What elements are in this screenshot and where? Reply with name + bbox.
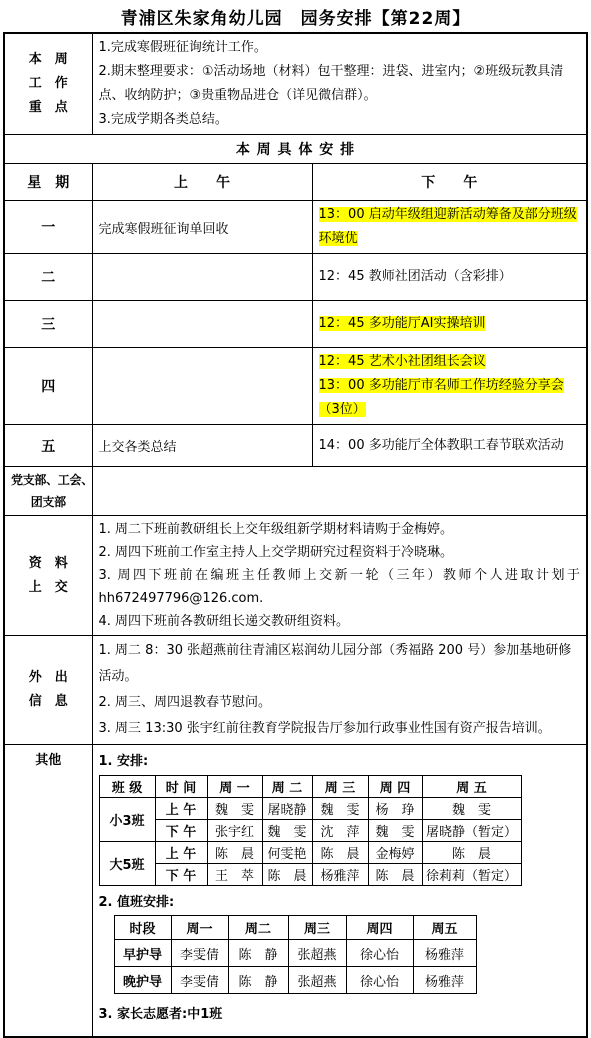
header-fri: 周五	[413, 916, 476, 940]
table-row: 早护导 李雯倩 陈 静 张超燕 徐心怡 杨雅萍	[114, 940, 476, 967]
table-row: 晚护导 李雯倩 陈 静 张超燕 徐心怡 杨雅萍	[114, 967, 476, 994]
header-wed: 周三	[288, 916, 346, 940]
day-label: 三	[4, 301, 92, 348]
teacher-name: 陈 晨	[422, 842, 521, 864]
volunteer-section-title: 3. 家长志愿者:中1班	[99, 1006, 581, 1024]
header-mon: 周 一	[207, 776, 262, 798]
party-label-line: 党支部、工会、	[11, 469, 86, 491]
focus-item: 2.期末整理要求：①活动场地（材料）包干整理：进袋、进室内；②班级玩教具清点、收…	[99, 60, 581, 108]
class-group-label: 大5班	[99, 842, 155, 886]
table-row: 下 午 王 萃 陈 晨 杨雅萍 陈 晨 徐莉莉（暂定）	[99, 864, 521, 886]
teacher-name: 徐心怡	[346, 940, 413, 967]
table-row: 小3班 上 午 魏 雯 屠晓静 魏 雯 杨 琤 魏 雯	[99, 798, 521, 820]
duty-period-label: 晚护导	[114, 967, 171, 994]
pm-entry: 12：45 多功能厅AI实操培训	[319, 312, 581, 336]
other-row: 其他 1. 安排: 班 级 时 间 周 一 周 二 周 三 周 四 周 五	[4, 745, 587, 1037]
col-header-day: 星 期	[4, 164, 92, 201]
teacher-name: 魏 雯	[368, 820, 422, 842]
teacher-name: 张宇红	[207, 820, 262, 842]
teacher-name: 陈 晨	[262, 864, 312, 886]
focus-label-cell: 本 周 工 作 重 点	[4, 33, 92, 135]
pm-entry: 12：45 艺术小社团组长会议	[319, 350, 581, 374]
class-group-label: 小3班	[99, 798, 155, 842]
teacher-name: 王 萃	[207, 864, 262, 886]
materials-label-line: 上 交	[11, 576, 86, 600]
teacher-name: 何雯艳	[262, 842, 312, 864]
day-label: 四	[4, 348, 92, 425]
teacher-name: 魏 雯	[262, 820, 312, 842]
materials-item: 4. 周四下班前各教研组长递交教研组资料。	[99, 610, 581, 633]
header-tue: 周 二	[262, 776, 312, 798]
duty-roster-table: 时段 周一 周二 周三 周四 周五 早护导 李雯倩 陈 静 张超燕 徐心怡 杨雅…	[114, 915, 477, 994]
am-cell	[92, 301, 312, 348]
pm-text: 14：00 多功能厅全体教职工春节联欢活动	[319, 438, 564, 453]
teacher-name: 陈 静	[228, 967, 288, 994]
pm-entry: 13：00 多功能厅市名师工作坊经验分享会（3位）	[319, 374, 581, 422]
pm-cell: 13：00 启动年级组迎新活动筹备及部分班级环境优	[312, 201, 587, 254]
pm-text: 12：45 教师社团活动（含彩排）	[319, 269, 512, 284]
teacher-name: 屠晓静	[262, 798, 312, 820]
day-label: 五	[4, 425, 92, 467]
schedule-row-thu: 四 12：45 艺术小社团组长会议 13：00 多功能厅市名师工作坊经验分享会（…	[4, 348, 587, 425]
party-content-cell	[92, 467, 587, 516]
schedule-row-fri: 五 上交各类总结 14：00 多功能厅全体教职工春节联欢活动	[4, 425, 587, 467]
am-cell: 完成寒假班征询单回收	[92, 201, 312, 254]
class-table-header-row: 班 级 时 间 周 一 周 二 周 三 周 四 周 五	[99, 776, 521, 798]
schedule-header-row: 星 期 上 午 下 午	[4, 164, 587, 201]
header-fri: 周 五	[422, 776, 521, 798]
pm-cell: 12：45 艺术小社团组长会议 13：00 多功能厅市名师工作坊经验分享会（3位…	[312, 348, 587, 425]
time-slot-label: 上 午	[155, 798, 207, 820]
pm-entry: 14：00 多功能厅全体教职工春节联欢活动	[319, 434, 581, 458]
col-header-am: 上 午	[92, 164, 312, 201]
focus-row: 本 周 工 作 重 点 1.完成寒假班征询统计工作。 2.期末整理要求：①活动场…	[4, 33, 587, 135]
page-title: 青浦区朱家角幼儿园 园务安排【第22周】	[0, 0, 591, 32]
highlighted-text: 12：45 多功能厅AI实操培训	[319, 316, 486, 331]
party-label-cell: 党支部、工会、 团支部	[4, 467, 92, 516]
header-mon: 周一	[171, 916, 228, 940]
highlighted-text: 13：00 多功能厅市名师工作坊经验分享会（3位）	[319, 378, 564, 417]
focus-content-cell: 1.完成寒假班征询统计工作。 2.期末整理要求：①活动场地（材料）包干整理：进袋…	[92, 33, 587, 135]
teacher-name: 徐莉莉（暂定）	[422, 864, 521, 886]
day-label: 一	[4, 201, 92, 254]
header-time: 时 间	[155, 776, 207, 798]
materials-label-cell: 资 料 上 交	[4, 516, 92, 636]
schedule-row-wed: 三 12：45 多功能厅AI实操培训	[4, 301, 587, 348]
am-text: 完成寒假班征询单回收	[99, 222, 229, 237]
am-cell	[92, 254, 312, 301]
teacher-name: 李雯倩	[171, 940, 228, 967]
outing-item: 1. 周二 8：30 张超燕前往青浦区崧润幼儿园分部（秀福路 200 号）参加基…	[99, 638, 581, 690]
focus-label-line: 工 作	[11, 72, 86, 96]
outing-item: 2. 周三、周四退教春节慰问。	[99, 690, 581, 716]
time-slot-label: 下 午	[155, 864, 207, 886]
teacher-name: 杨雅萍	[312, 864, 368, 886]
outing-content-cell: 1. 周二 8：30 张超燕前往青浦区崧润幼儿园分部（秀福路 200 号）参加基…	[92, 636, 587, 745]
week-detail-header-row: 本 周 具 体 安 排	[4, 135, 587, 164]
teacher-name: 张超燕	[288, 940, 346, 967]
other-label: 其他	[35, 753, 61, 768]
outing-label-cell: 外 出 信 息	[4, 636, 92, 745]
pm-entry: 12：45 教师社团活动（含彩排）	[319, 265, 581, 289]
teacher-name: 杨 琤	[368, 798, 422, 820]
header-thu: 周四	[346, 916, 413, 940]
other-label-cell: 其他	[4, 745, 92, 1037]
materials-label-line: 资 料	[11, 552, 86, 576]
header-class: 班 级	[99, 776, 155, 798]
time-slot-label: 下 午	[155, 820, 207, 842]
teacher-name: 魏 雯	[207, 798, 262, 820]
party-row: 党支部、工会、 团支部	[4, 467, 587, 516]
focus-label-line: 重 点	[11, 96, 86, 120]
schedule-row-tue: 二 12：45 教师社团活动（含彩排）	[4, 254, 587, 301]
teacher-name: 杨雅萍	[413, 967, 476, 994]
outing-label-line: 外 出	[11, 666, 86, 690]
pm-cell: 12：45 多功能厅AI实操培训	[312, 301, 587, 348]
teacher-name: 杨雅萍	[413, 940, 476, 967]
teacher-name: 魏 雯	[312, 798, 368, 820]
materials-item: 3. 周四下班前在编班主任教师上交新一轮（三年）教师个人进取计划于hh67249…	[99, 564, 581, 610]
teacher-name: 李雯倩	[171, 967, 228, 994]
materials-row: 资 料 上 交 1. 周二下班前教研组长上交年级组新学期材料请购于金梅婷。 2.…	[4, 516, 587, 636]
day-label: 二	[4, 254, 92, 301]
arrangement-section-title: 1. 安排:	[99, 753, 581, 771]
teacher-name: 魏 雯	[422, 798, 521, 820]
teacher-name: 徐心怡	[346, 967, 413, 994]
teacher-name: 陈 晨	[312, 842, 368, 864]
table-row: 下 午 张宇红 魏 雯 沈 萍 魏 雯 屠晓静（暂定）	[99, 820, 521, 842]
header-wed: 周 三	[312, 776, 368, 798]
outing-row: 外 出 信 息 1. 周二 8：30 张超燕前往青浦区崧润幼儿园分部（秀福路 2…	[4, 636, 587, 745]
duty-period-label: 早护导	[114, 940, 171, 967]
pm-cell: 14：00 多功能厅全体教职工春节联欢活动	[312, 425, 587, 467]
duty-section-title: 2. 值班安排:	[99, 894, 581, 912]
am-text: 上交各类总结	[99, 440, 177, 455]
teacher-name: 陈 静	[228, 940, 288, 967]
teacher-name: 屠晓静（暂定）	[422, 820, 521, 842]
teacher-name: 陈 晨	[368, 864, 422, 886]
teacher-name: 金梅婷	[368, 842, 422, 864]
teacher-name: 沈 萍	[312, 820, 368, 842]
focus-label-line: 本 周	[11, 48, 86, 72]
materials-item: 1. 周二下班前教研组长上交年级组新学期材料请购于金梅婷。	[99, 518, 581, 541]
outing-item: 3. 周三 13:30 张宇红前往教育学院报告厅参加行政事业性国有资产报告培训。	[99, 716, 581, 742]
col-header-pm: 下 午	[312, 164, 587, 201]
outing-label-line: 信 息	[11, 690, 86, 714]
teacher-name: 陈 晨	[207, 842, 262, 864]
am-cell: 上交各类总结	[92, 425, 312, 467]
materials-item: 2. 周四下班前工作室主持人上交学期研究过程资料于冷晓琳。	[99, 541, 581, 564]
teacher-name: 张超燕	[288, 967, 346, 994]
weekly-plan-table: 本 周 工 作 重 点 1.完成寒假班征询统计工作。 2.期末整理要求：①活动场…	[3, 32, 588, 1038]
header-thu: 周 四	[368, 776, 422, 798]
pm-cell: 12：45 教师社团活动（含彩排）	[312, 254, 587, 301]
header-period: 时段	[114, 916, 171, 940]
highlighted-text: 13：00 启动年级组迎新活动筹备及部分班级环境优	[319, 207, 577, 246]
week-detail-header: 本 周 具 体 安 排	[4, 135, 587, 164]
table-row: 大5班 上 午 陈 晨 何雯艳 陈 晨 金梅婷 陈 晨	[99, 842, 521, 864]
highlighted-text: 12：45 艺术小社团组长会议	[319, 354, 486, 369]
header-tue: 周二	[228, 916, 288, 940]
other-content-cell: 1. 安排: 班 级 时 间 周 一 周 二 周 三 周 四 周 五 小3班	[92, 745, 587, 1037]
pm-entry: 13：00 启动年级组迎新活动筹备及部分班级环境优	[319, 203, 581, 251]
time-slot-label: 上 午	[155, 842, 207, 864]
class-arrangement-table: 班 级 时 间 周 一 周 二 周 三 周 四 周 五 小3班 上 午 魏 雯 …	[99, 775, 522, 886]
focus-item: 3.完成学期各类总结。	[99, 108, 581, 132]
materials-content-cell: 1. 周二下班前教研组长上交年级组新学期材料请购于金梅婷。 2. 周四下班前工作…	[92, 516, 587, 636]
schedule-row-mon: 一 完成寒假班征询单回收 13：00 启动年级组迎新活动筹备及部分班级环境优	[4, 201, 587, 254]
am-cell	[92, 348, 312, 425]
duty-table-header-row: 时段 周一 周二 周三 周四 周五	[114, 916, 476, 940]
focus-item: 1.完成寒假班征询统计工作。	[99, 36, 581, 60]
party-label-line: 团支部	[11, 491, 86, 513]
